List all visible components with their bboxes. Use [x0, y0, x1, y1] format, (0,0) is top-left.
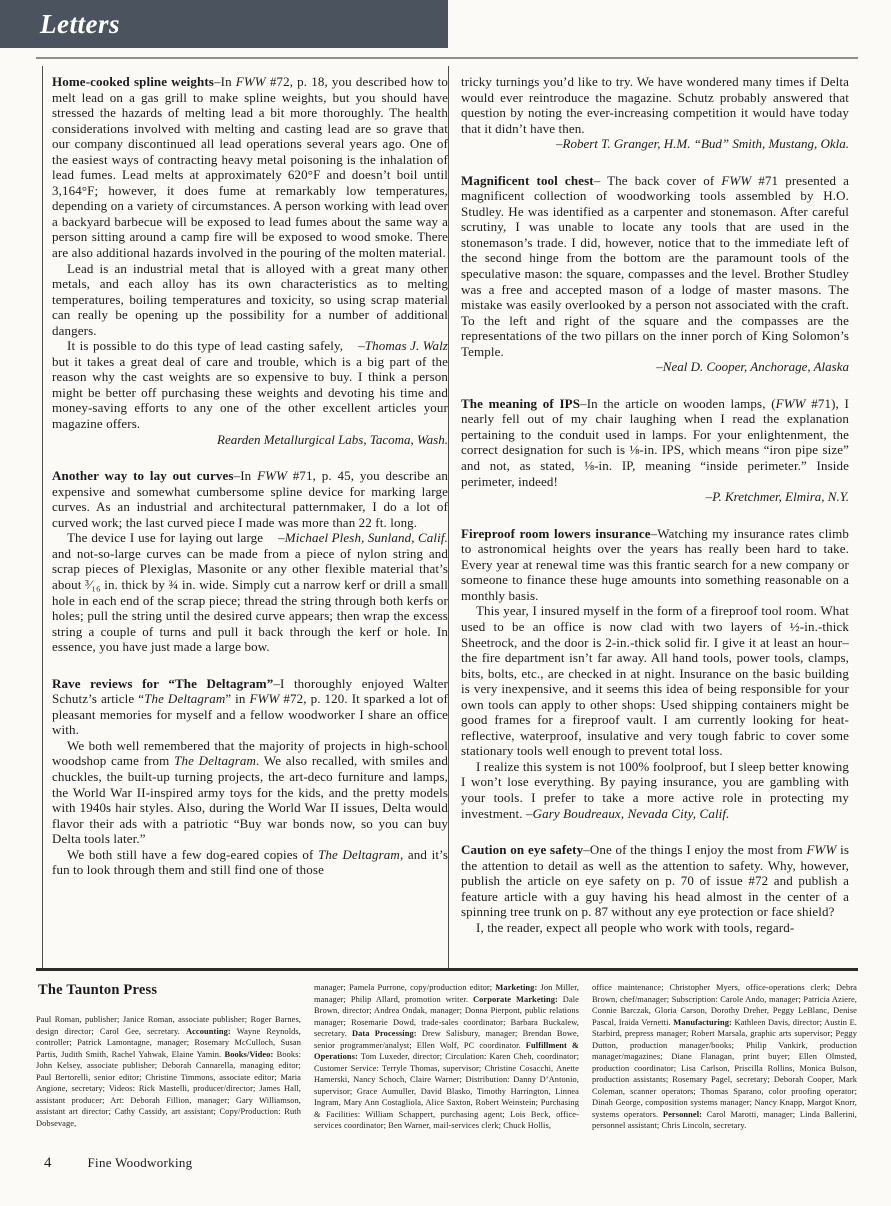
left-column: Home-cooked spline weights–In FWW #72, p…	[42, 66, 448, 968]
letter-paragraph: Home-cooked spline weights–In FWW #72, p…	[52, 74, 448, 261]
letter-title: Home-cooked spline weights	[52, 74, 214, 89]
letter-signature: –Robert T. Granger, H.M. “Bud” Smith, Mu…	[461, 136, 849, 152]
letter-signature-affiliation: Rearden Metallurgical Labs, Tacoma, Wash…	[52, 432, 448, 448]
letter-paragraph: I, the reader, expect all people who wor…	[461, 920, 849, 936]
masthead-column-3: office maintenance; Christopher Myers, o…	[592, 982, 857, 1132]
masthead-text: manager; Pamela Purrone, copy/production…	[314, 982, 579, 1132]
letter-paragraph: This year, I insured myself in the form …	[461, 603, 849, 758]
letter-meaning-of-ips: The meaning of IPS–In the article on woo…	[461, 396, 849, 505]
masthead-column-1: The Taunton Press Paul Roman, publisher;…	[36, 982, 301, 1132]
letter-paragraph: We both still have a few dog-eared copie…	[52, 847, 448, 878]
letter-home-cooked-spline-weights: Home-cooked spline weights–In FWW #72, p…	[52, 74, 448, 447]
taunton-press-heading: The Taunton Press	[38, 982, 301, 999]
letter-paragraph: Fireproof room lowers insurance–Watching…	[461, 526, 849, 604]
letter-title: The meaning of IPS	[461, 396, 580, 411]
letter-signature: –Thomas J. Walz	[343, 338, 448, 354]
magazine-page: Letters Home-cooked spline weights–In FW…	[0, 0, 891, 1206]
masthead-rule	[36, 968, 858, 971]
publication-name: Fine Woodworking	[88, 1155, 193, 1171]
letter-caution-on-eye-safety: Caution on eye safety–One of the things …	[461, 842, 849, 935]
letter-paragraph: Another way to lay out curves–In FWW #71…	[52, 468, 448, 530]
letter-title: Fireproof room lowers insurance	[461, 526, 651, 541]
letter-rave-reviews-deltagram: Rave reviews for “The Deltagram”–I thoro…	[52, 676, 448, 878]
letter-paragraph: Caution on eye safety–One of the things …	[461, 842, 849, 920]
letter-another-way-to-lay-out-curves: Another way to lay out curves–In FWW #71…	[52, 468, 448, 655]
letter-title: Caution on eye safety	[461, 842, 583, 857]
letter-title: Rave reviews for “The Deltagram”	[52, 676, 273, 691]
letter-signature: –Neal D. Cooper, Anchorage, Alaska	[461, 359, 849, 375]
letter-signature: –Gary Boudreaux, Nevada City, Calif.	[526, 806, 730, 821]
letter-paragraph: Rave reviews for “The Deltagram”–I thoro…	[52, 676, 448, 738]
letter-title: Magnificent tool chest	[461, 173, 594, 188]
letter-title: Another way to lay out curves	[52, 468, 234, 483]
letter-paragraph: –Michael Plesh, Sunland, Calif.The devic…	[52, 530, 448, 654]
letter-text: The device I use for laying out large an…	[52, 530, 448, 654]
letter-signature: –P. Kretchmer, Elmira, N.Y.	[461, 489, 849, 505]
page-number: 4	[44, 1155, 52, 1172]
masthead-text: office maintenance; Christopher Myers, o…	[592, 982, 857, 1132]
right-column: tricky turnings you’d like to try. We ha…	[448, 66, 849, 968]
page-title: Letters	[0, 0, 448, 40]
letter-paragraph: The meaning of IPS–In the article on woo…	[461, 396, 849, 489]
letter-fireproof-room-lowers-insurance: Fireproof room lowers insurance–Watching…	[461, 526, 849, 821]
masthead-text: Paul Roman, publisher; Janice Roman, ass…	[36, 1014, 301, 1129]
header-rule	[36, 57, 858, 59]
letter-paragraph: Lead is an industrial metal that is allo…	[52, 261, 448, 339]
masthead-column-2: manager; Pamela Purrone, copy/production…	[314, 982, 579, 1132]
letter-signature: –Michael Plesh, Sunland, Calif.	[263, 530, 448, 546]
letter-paragraph: We both well remembered that the majorit…	[52, 738, 448, 847]
letter-paragraph: tricky turnings you’d like to try. We ha…	[461, 74, 849, 136]
letter-paragraph: Magnificent tool chest– The back cover o…	[461, 173, 849, 360]
letter-text: – The back cover of FWW #71 presented a …	[461, 173, 849, 359]
page-header: Letters	[0, 0, 448, 48]
page-footer: 4 Fine Woodworking	[44, 1155, 193, 1172]
letter-paragraph: –Thomas J. WalzIt is possible to do this…	[52, 338, 448, 431]
letter-magnificent-tool-chest: Magnificent tool chest– The back cover o…	[461, 173, 849, 375]
letter-paragraph: I realize this system is not 100% foolpr…	[461, 759, 849, 821]
taunton-press-masthead: The Taunton Press Paul Roman, publisher;…	[36, 982, 858, 1132]
letters-columns: Home-cooked spline weights–In FWW #72, p…	[42, 66, 849, 968]
letter-rave-reviews-deltagram-continued: tricky turnings you’d like to try. We ha…	[461, 74, 849, 152]
letter-text: –In FWW #72, p. 18, you described how to…	[52, 74, 448, 260]
